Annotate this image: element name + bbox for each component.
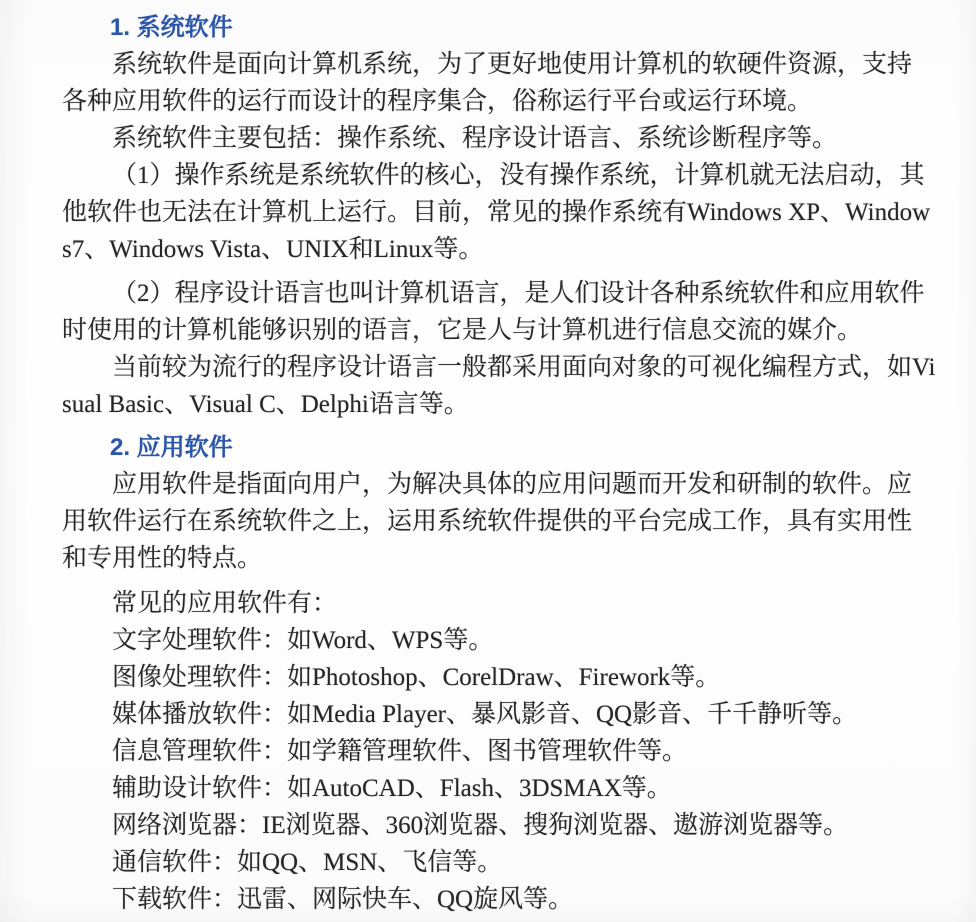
section-heading: 1. 系统软件 <box>62 9 936 46</box>
paragraph: 系统软件是面向计算机系统，为了更好地使用计算机的软硬件资源，支持各种应用软件的运… <box>62 46 936 120</box>
paragraph: 网络浏览器：IE浏览器、360浏览器、搜狗浏览器、遨游浏览器等。 <box>62 807 936 844</box>
paragraph: 辅助设计软件：如AutoCAD、Flash、3DSMAX等。 <box>62 770 936 807</box>
paragraph: （1）操作系统是系统软件的核心，没有操作系统，计算机就无法启动，其他软件也无法在… <box>62 157 936 268</box>
paragraph: （2）程序设计语言也叫计算机语言，是人们设计各种系统软件和应用软件时使用的计算机… <box>62 275 936 349</box>
section-heading: 2. 应用软件 <box>62 429 936 466</box>
paragraph: 当前较为流行的程序设计语言一般都采用面向对象的可视化编程方式，如Visual B… <box>62 349 936 423</box>
paragraph: 信息管理软件：如学籍管理软件、图书管理软件等。 <box>62 733 936 770</box>
paragraph: 下载软件：迅雷、网际快车、QQ旋风等。 <box>62 881 936 918</box>
scanned-document-page: 1. 系统软件系统软件是面向计算机系统，为了更好地使用计算机的软硬件资源，支持各… <box>0 0 976 922</box>
paragraph: 媒体播放软件：如Media Player、暴风影音、QQ影音、千千静听等。 <box>62 696 936 733</box>
paragraph: 常见的应用软件有： <box>62 585 936 622</box>
paragraph: 通信软件：如QQ、MSN、飞信等。 <box>62 844 936 881</box>
document-content: 1. 系统软件系统软件是面向计算机系统，为了更好地使用计算机的软硬件资源，支持各… <box>0 0 976 922</box>
paragraph: 图像处理软件：如Photoshop、CorelDraw、Firework等。 <box>62 659 936 696</box>
paragraph: 应用软件是指面向用户，为解决具体的应用问题而开发和研制的软件。应用软件运行在系统… <box>62 466 936 577</box>
paragraph: 系统软件主要包括：操作系统、程序设计语言、系统诊断程序等。 <box>62 120 936 157</box>
paragraph: 文字处理软件：如Word、WPS等。 <box>62 622 936 659</box>
